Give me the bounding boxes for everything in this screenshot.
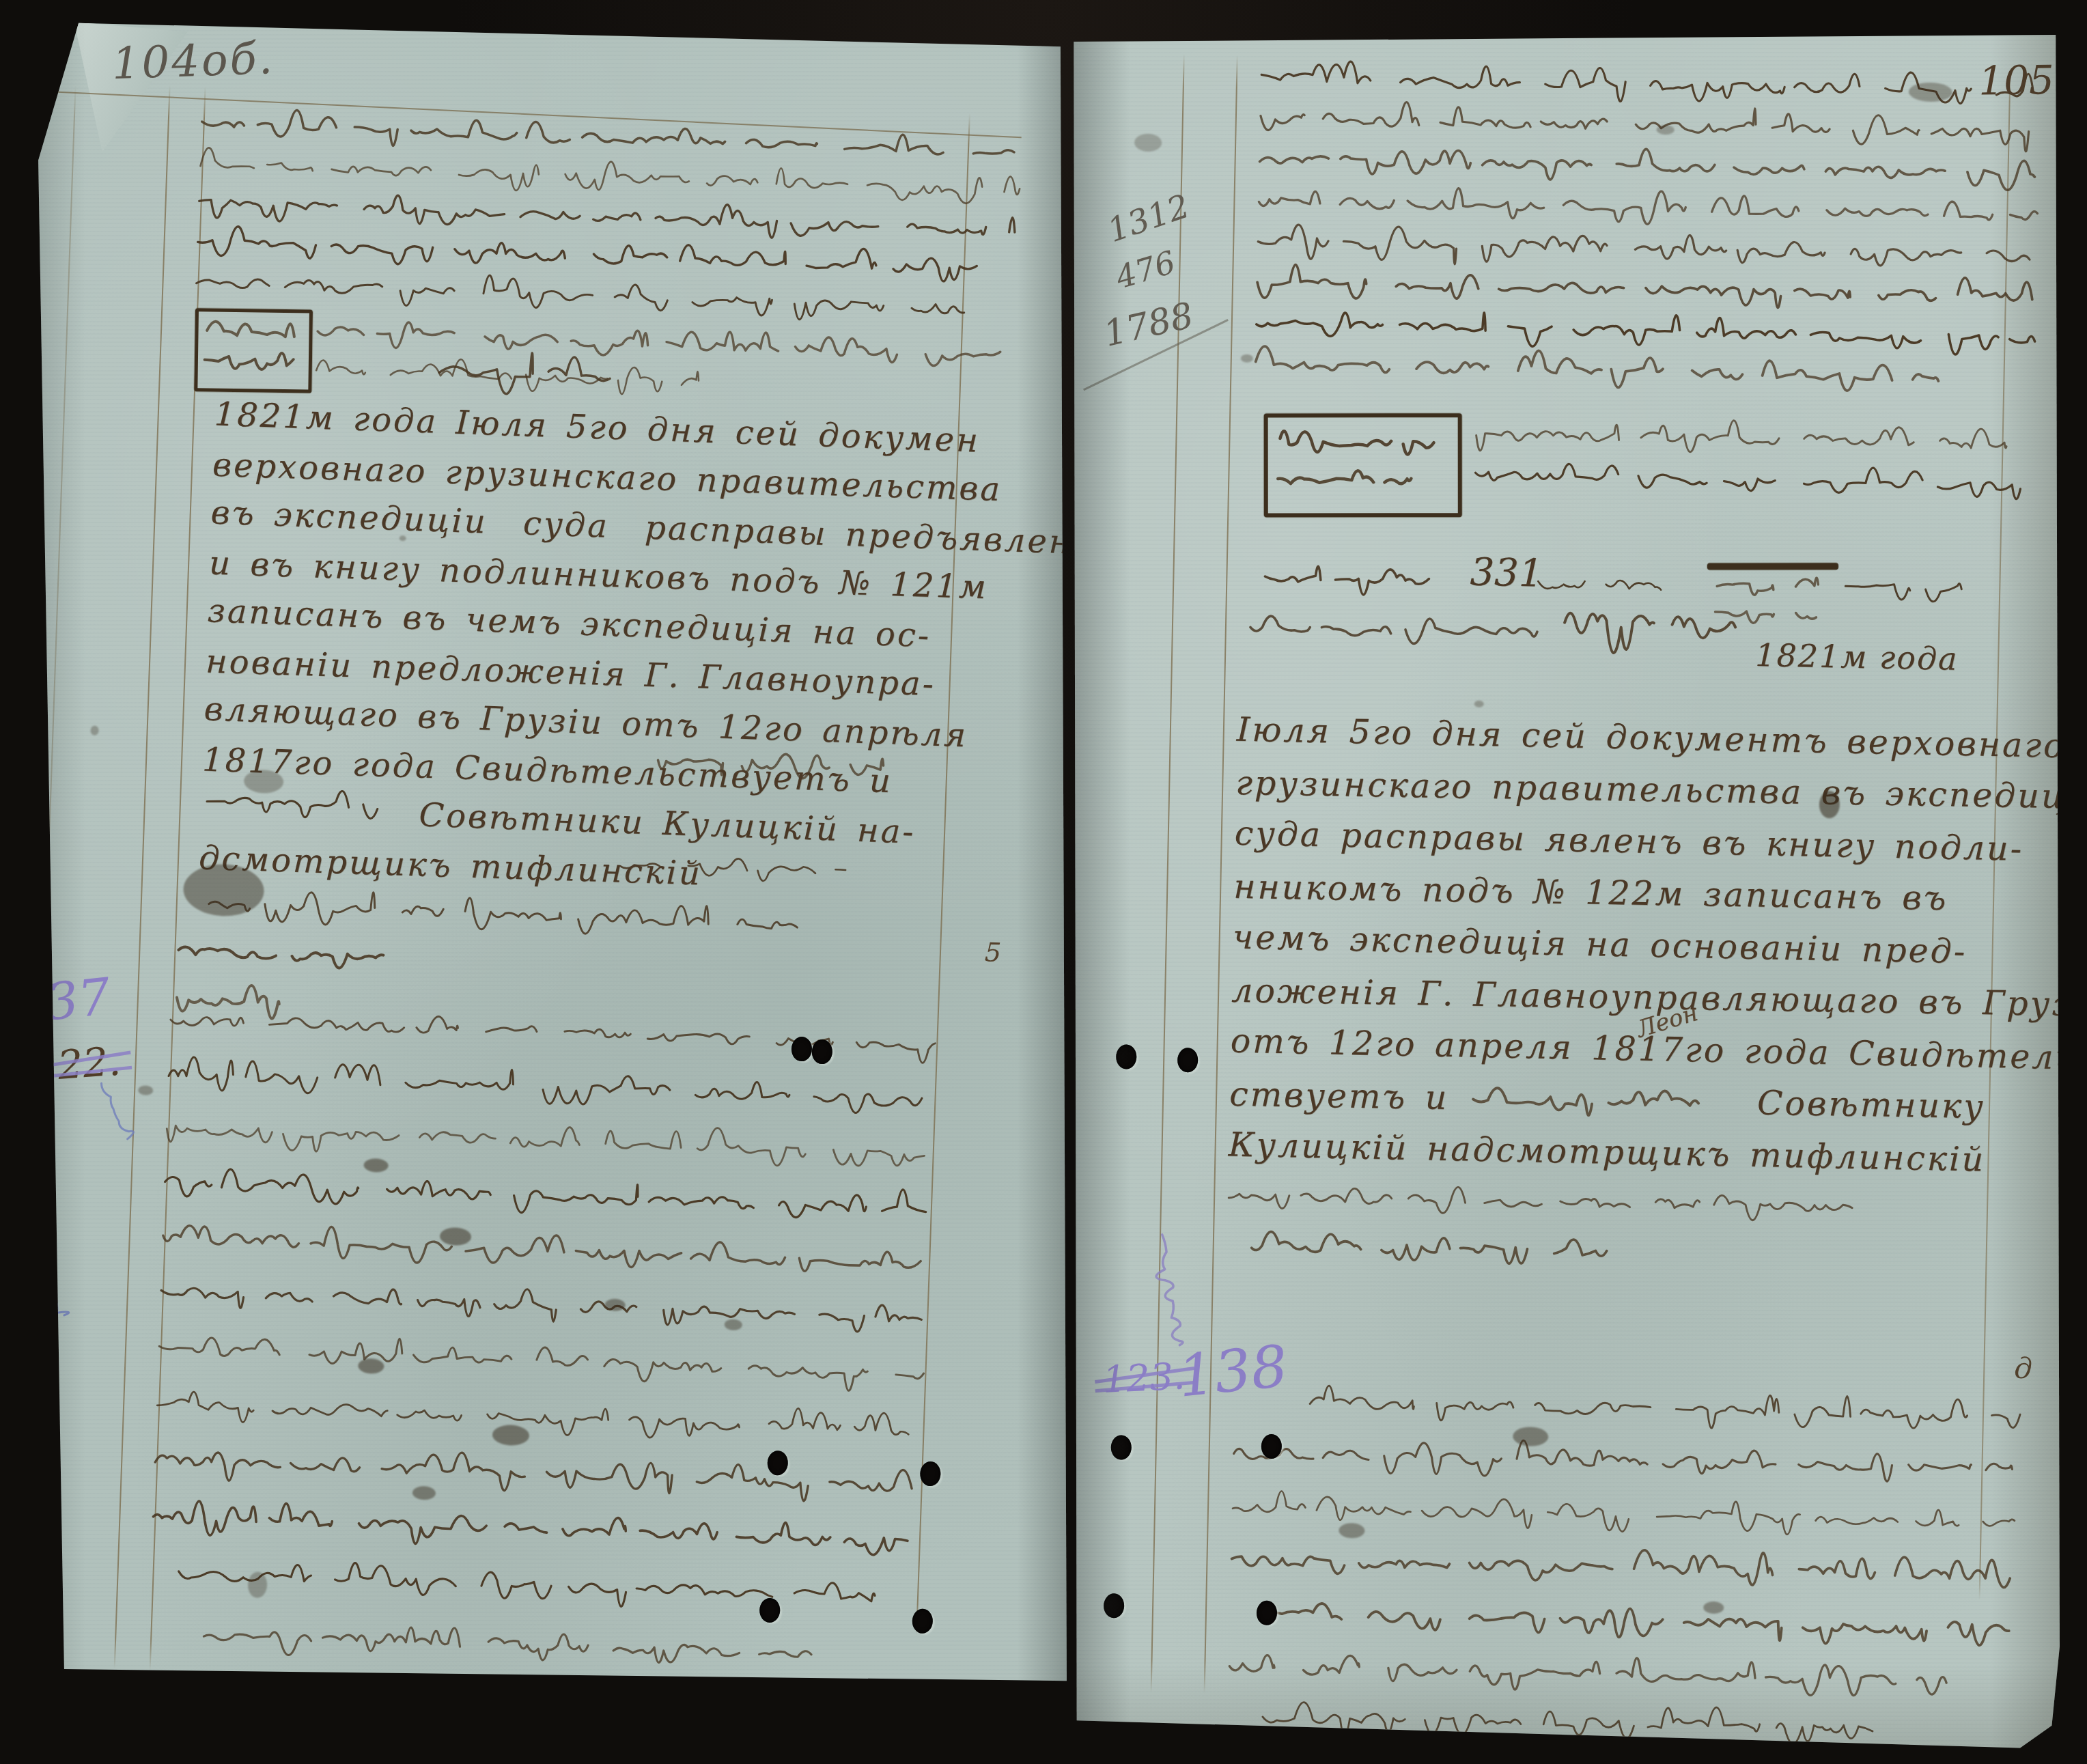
wormhole	[1116, 1044, 1137, 1069]
handwriting-line	[160, 1276, 922, 1334]
archival-pencil-number-3: 1788	[1100, 295, 1197, 355]
wormhole	[791, 1037, 812, 1062]
page-stack-edge	[42, 1177, 54, 1669]
page-stack-edge	[31, 1041, 49, 1655]
handwriting-line	[1229, 1183, 1853, 1222]
handwriting-line	[1265, 565, 1429, 596]
handwriting-line	[1845, 581, 1962, 602]
left-page: 104об. 1821м года Іюля 5го дня сей докум…	[34, 16, 1069, 1691]
ink-stain	[0, 1640, 14, 1689]
handwriting-line	[199, 186, 1016, 247]
handwriting-line	[1476, 415, 2006, 461]
handwriting-line	[317, 317, 1000, 369]
handwriting-line	[1149, 1234, 1184, 1347]
ink-stain	[363, 1158, 389, 1173]
wormhole	[1177, 1048, 1199, 1073]
wormhole	[1257, 1601, 1278, 1626]
handwriting-line	[1233, 1435, 2013, 1487]
right-margin-number: 138	[1175, 1332, 1290, 1410]
handwriting-line	[197, 225, 977, 285]
ruled-header-line	[39, 90, 1021, 138]
ink-stain	[1134, 133, 1162, 152]
left-margin-number-struck: 122.	[31, 1038, 122, 1091]
handwriting-line	[1258, 224, 2030, 276]
ink-stain	[1657, 125, 1675, 135]
right-page: 105. 1312 476 1788 331 1821м года Іюля 5…	[1071, 31, 2060, 1750]
ink-stain	[1241, 354, 1253, 363]
ink-stain	[138, 1085, 153, 1095]
left-registration-note: 1821м года Іюля 5го дня сей докуменверхо…	[198, 390, 1101, 912]
ink-stain	[440, 1227, 472, 1246]
wormhole	[1110, 1435, 1132, 1460]
margin-rule	[1204, 55, 1238, 1694]
right-registry-stamp-box-1	[1264, 413, 1462, 517]
handwriting-line	[1251, 1231, 1607, 1265]
handwriting-line	[200, 148, 1020, 208]
wormhole	[912, 1608, 933, 1634]
ink-stain	[1339, 1523, 1364, 1539]
ink-stain	[1909, 82, 1953, 102]
right-registration-note: Іюля 5го дня сей документъ верховнагогру…	[1228, 704, 2087, 1189]
left-folio-number: 104об.	[111, 33, 276, 89]
handwriting-line	[166, 1109, 925, 1173]
ink-stain	[1703, 1601, 1724, 1614]
handwriting-line	[438, 350, 611, 397]
left-registry-stamp-box	[194, 308, 313, 393]
left-right-margin-mark: 5	[984, 937, 1002, 968]
handwriting-line	[1250, 615, 1538, 646]
handwriting-line	[158, 1330, 924, 1393]
handwriting-line	[165, 1164, 927, 1227]
handwriting-line	[1259, 183, 2038, 232]
handwriting-line	[1264, 1601, 2009, 1647]
inline-number-331: 331	[1470, 550, 1543, 596]
handwriting-line	[1229, 1650, 1947, 1698]
right-margin-mark: д	[2014, 1352, 2033, 1386]
ink-stain	[1474, 701, 1484, 708]
right-folio-number: 105.	[1978, 57, 2067, 104]
handwriting-line	[98, 1080, 135, 1139]
handwriting-line	[316, 354, 699, 397]
ink-stain	[1513, 1427, 1549, 1446]
wormhole	[920, 1461, 941, 1487]
margin-rule	[20, 85, 76, 1655]
handwriting-line	[1262, 1698, 1873, 1746]
handwriting-line	[1310, 1386, 2021, 1435]
handwriting-line	[168, 1056, 922, 1117]
handwriting-line	[201, 107, 1015, 168]
right-margin-number-struck: 123.	[1102, 1354, 1186, 1401]
handwriting-line	[154, 1442, 912, 1504]
ink-stain	[412, 1486, 436, 1500]
handwriting-line	[1715, 611, 1816, 624]
handwriting-line	[153, 1499, 908, 1561]
handwriting-line	[1260, 98, 2029, 151]
handwriting-line	[204, 1619, 812, 1673]
handwriting-line	[1231, 1542, 2011, 1591]
manuscript-scan: 104об. 1821м года Іюля 5го дня сей докум…	[0, 0, 2087, 1764]
handwriting-line	[1564, 613, 1735, 656]
handwriting-line	[1538, 579, 1661, 591]
ink-stain	[0, 1449, 36, 1532]
ink-stain	[90, 725, 98, 735]
ink-stain	[604, 1298, 626, 1311]
handwriting-line	[1256, 307, 2035, 356]
right-registry-stamp-box-2	[1707, 563, 1838, 570]
wormhole	[759, 1597, 781, 1623]
handwriting-line	[178, 947, 384, 969]
wormhole	[811, 1039, 832, 1065]
ink-stain	[247, 1571, 267, 1598]
wormhole	[767, 1451, 788, 1476]
wormhole	[1261, 1434, 1283, 1459]
handwriting-line	[1475, 460, 2021, 499]
margin-rule	[114, 85, 171, 1669]
handwriting-line	[176, 983, 280, 1019]
handwriting-line	[1717, 576, 1819, 596]
wormhole	[1104, 1593, 1125, 1619]
handwriting-line	[156, 1386, 909, 1447]
ink-stain	[492, 1425, 529, 1446]
handwriting-line	[163, 1221, 921, 1280]
ink-stain	[358, 1358, 384, 1374]
archival-pencil-number-2: 476	[1111, 243, 1179, 296]
ink-stain	[725, 1319, 743, 1330]
handwriting-line	[1255, 345, 1939, 394]
handwriting-line	[1259, 141, 2035, 191]
handwriting-line	[1257, 264, 2033, 313]
left-margin-number: 137	[12, 967, 113, 1035]
handwriting-line	[12, 1147, 70, 1318]
inline-year-1821: 1821м года	[1755, 636, 1959, 677]
